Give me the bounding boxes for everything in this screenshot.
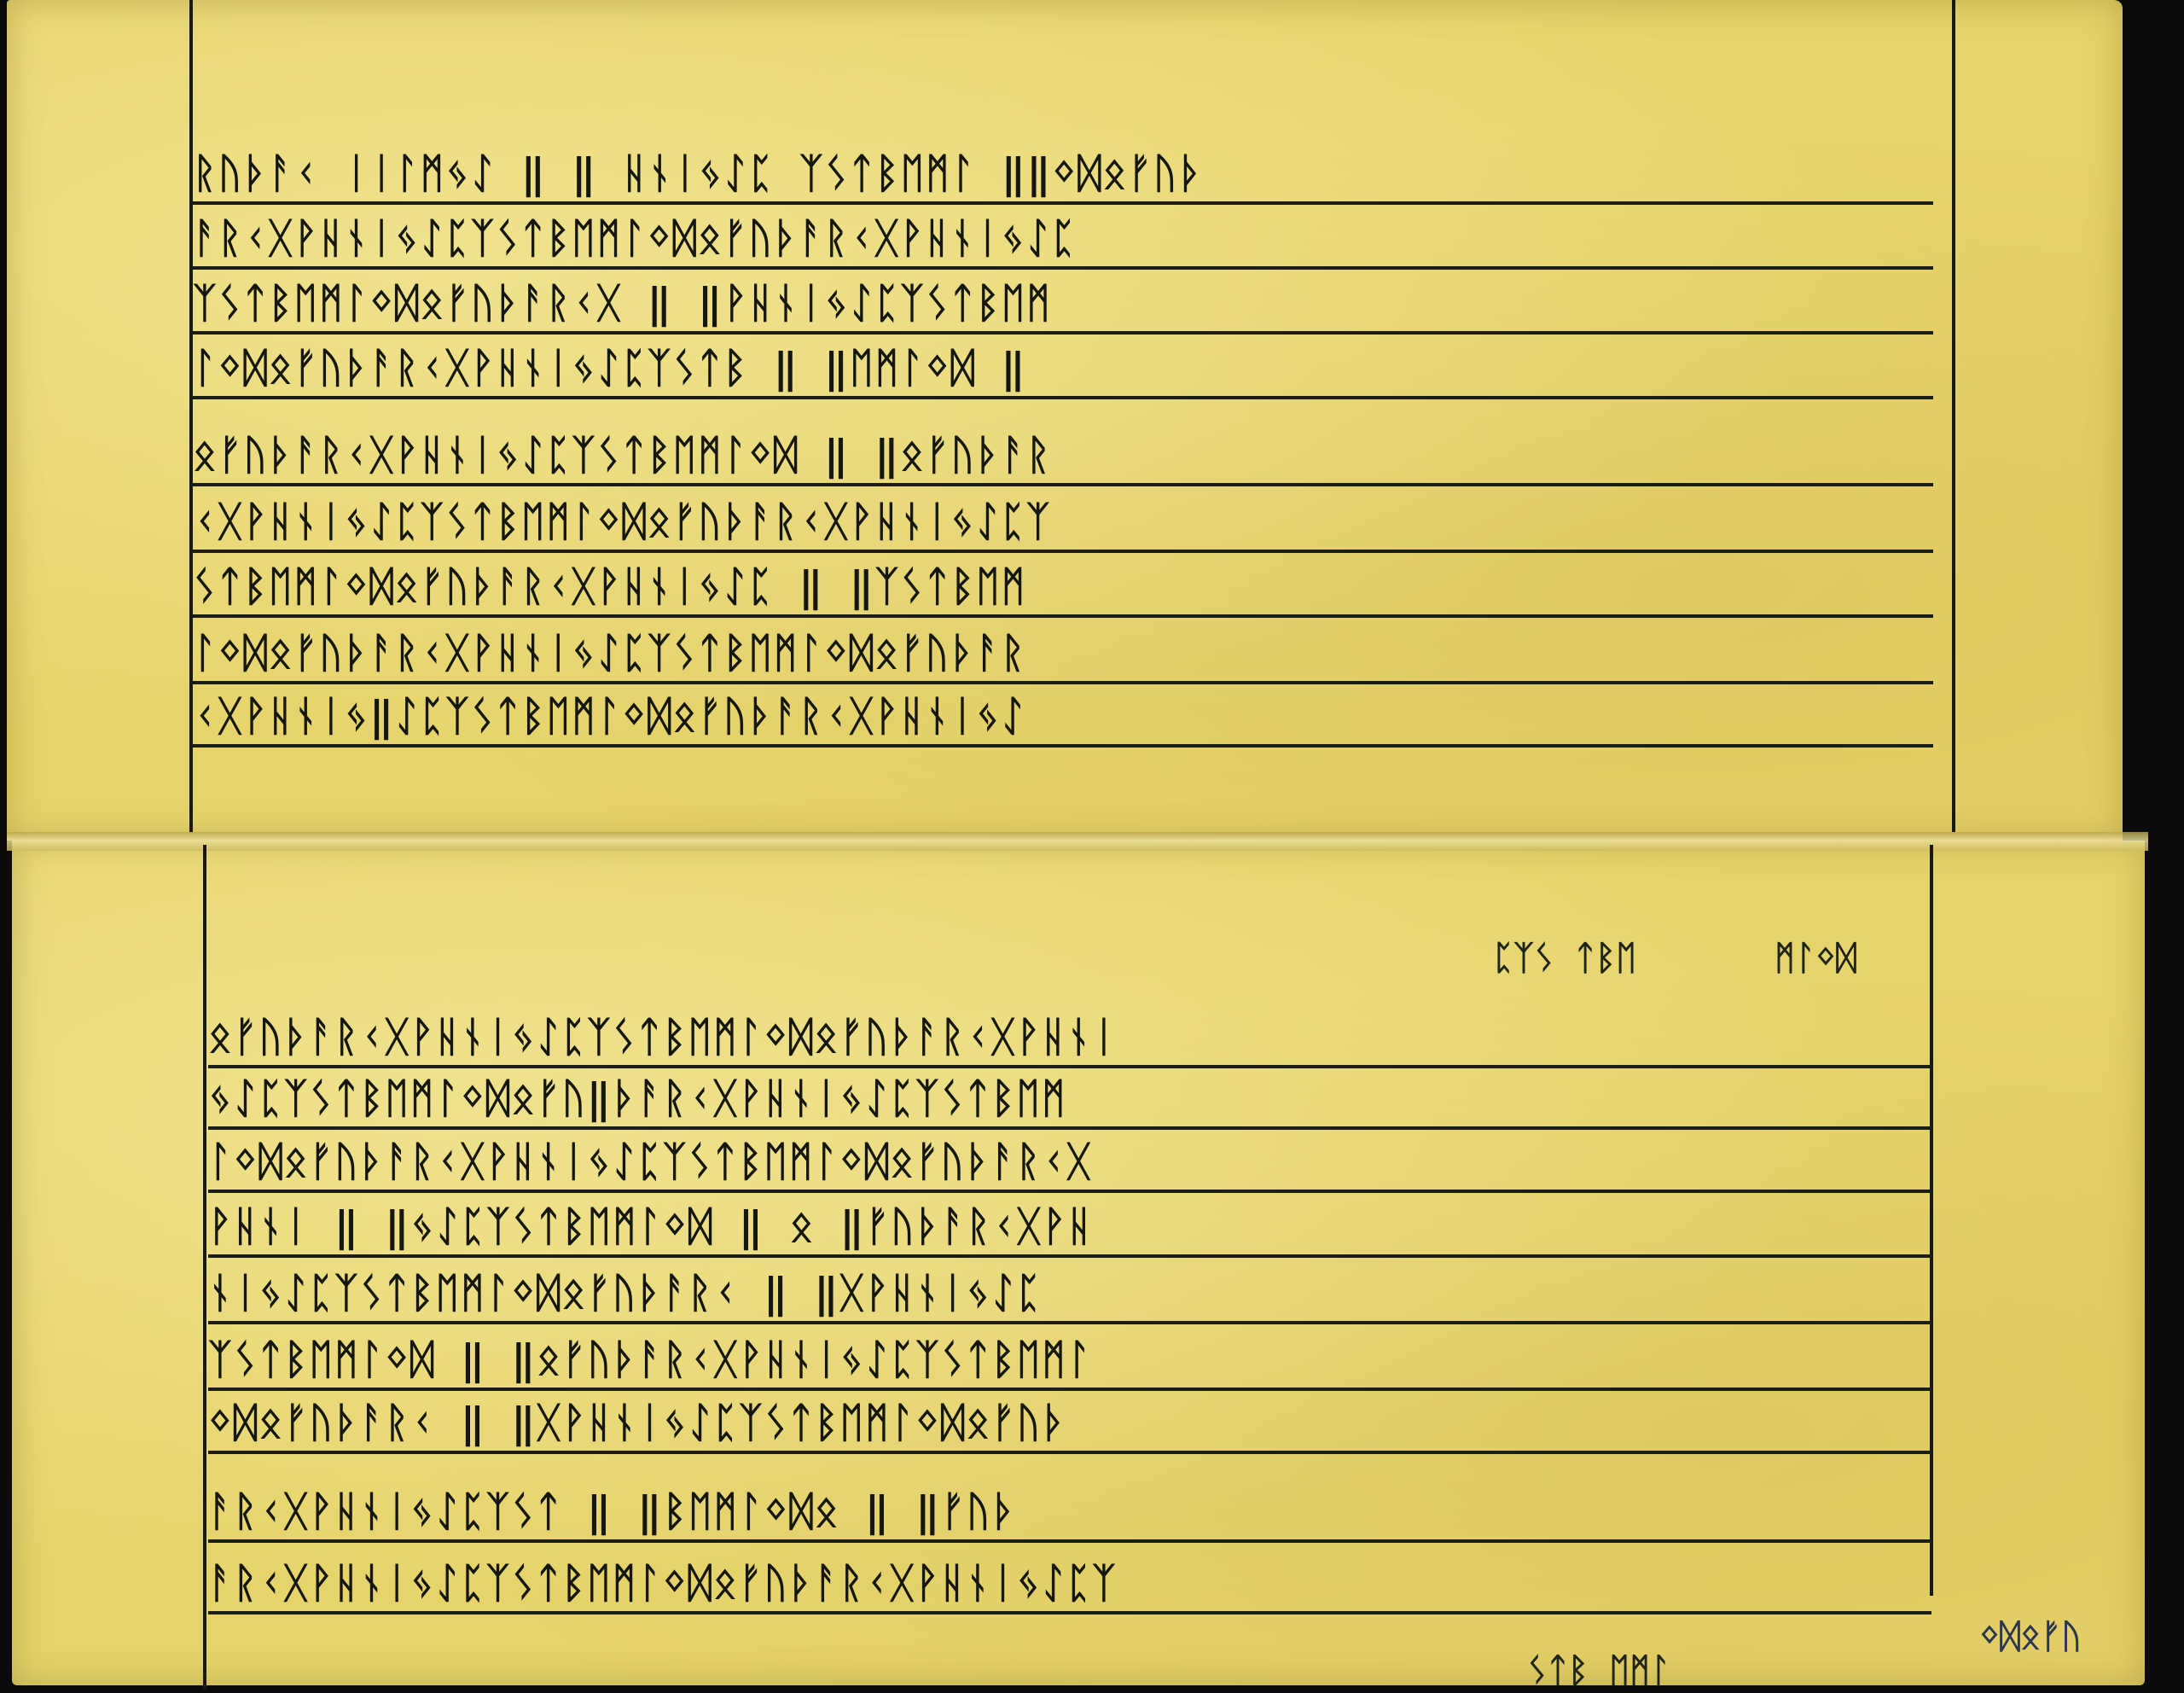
- header-note-left: ᛈᛉᛊ ᛏᛒᛖ: [1493, 939, 1636, 978]
- manuscript-line: ᚨᚱᚲᚷᚹᚺᚾᛁᛃᛇᛈᛉᛊᛏᛒᛖᛗᛚᛜᛞᛟᚠᚢᚦᚨᚱᚲᚷᚹᚺᚾᛁᛃᛇᛈ: [193, 214, 1933, 268]
- manuscript-line: ᛟᚠᚢᚦᚨᚱᚲᚷᚹᚺᚾᛁᛃᛇᛈᛉᛊᛏᛒᛖᛗᛚᛜᛞᛟᚠᚢᚦᚨᚱᚲᚷᚹᚺᚾᛁ: [208, 1013, 1931, 1067]
- manuscript-line: ᛟᚠᚢᚦᚨᚱᚲᚷᚹᚺᚾᛁᛃᛇᛈᛉᛊᛏᛒᛖᛗᛚᛜᛞ ‖ ‖ᛟᚠᚢᚦᚨᚱ: [193, 431, 1933, 485]
- manuscript-line: ᚲᚷᚹᚺᚾᛁᛃᛇᛈᛉᛊᛏᛒᛖᛗᛚᛜᛞᛟᚠᚢᚦᚨᚱᚲᚷᚹᚺᚾᛁᛃᛇᛈᛉ: [193, 497, 1933, 551]
- manuscript-line: ᚨᚱᚲᚷᚹᚺᚾᛁᛃᛇᛈᛉᛊᛏᛒᛖᛗᛚᛜᛞᛟᚠᚢᚦᚨᚱᚲᚷᚹᚺᚾᛁᛃᛇᛈᛉ: [208, 1559, 1931, 1613]
- manuscript-line: ᛉᛊᛏᛒᛖᛗᛚᛜᛞ ‖ ‖ᛟᚠᚢᚦᚨᚱᚲᚷᚹᚺᚾᛁᛃᛇᛈᛉᛊᛏᛒᛖᛗᛚ: [208, 1335, 1931, 1389]
- manuscript-line: ᚲᚷᚹᚺᚾᛁᛃ‖ᛇᛈᛉᛊᛏᛒᛖᛗᛚᛜᛞᛟᚠᚢᚦᚨᚱᚲᚷᚹᚺᚾᛁᛃᛇ: [193, 692, 1933, 746]
- manuscript-line: ᛚᛜᛞᛟᚠᚢᚦᚨᚱᚲᚷᚹᚺᚾᛁᛃᛇᛈᛉᛊᛏᛒᛖᛗᛚᛜᛞᛟᚠᚢᚦᚨᚱ: [193, 629, 1933, 683]
- manuscript-line: ᚱᚢᚦᚨᚲ ᛁᛁᛚᛗᛃᛇ ‖ ‖ ᚺᚾᛁᛃᛇᛈ ᛉᛊᛏᛒᛖᛗᛚ ‖‖ᛜᛞᛟᚠᚢᚦ: [193, 149, 1933, 203]
- left-margin-rule-bottom: [203, 845, 206, 1690]
- right-margin-rule-top: [1952, 0, 1955, 832]
- page-fold: [7, 832, 2148, 851]
- manuscript-line: ᚹᚺᚾᛁ ‖ ‖ᛃᛇᛈᛉᛊᛏᛒᛖᛗᛚᛜᛞ ‖ ᛟ ‖ᚠᚢᚦᚨᚱᚲᚷᚹᚺ: [208, 1202, 1931, 1256]
- manuscript-line: ᚨᚱᚲᚷᚹᚺᚾᛁᛃᛇᛈᛉᛊᛏ ‖ ‖ᛒᛖᛗᛚᛜᛞᛟ ‖ ‖ᚠᚢᚦ: [208, 1487, 1931, 1541]
- manuscript-line: ᛉᛊᛏᛒᛖᛗᛚᛜᛞᛟᚠᚢᚦᚨᚱᚲᚷ ‖ ‖ᚹᚺᚾᛁᛃᛇᛈᛉᛊᛏᛒᛖᛗ: [193, 279, 1933, 333]
- manuscript-line: ᛚᛜᛞᛟᚠᚢᚦᚨᚱᚲᚷᚹᚺᚾᛁᛃᛇᛈᛉᛊᛏᛒᛖᛗᛚᛜᛞᛟᚠᚢᚦᚨᚱᚲᚷ: [208, 1137, 1931, 1191]
- footer-note-center: ᛊᛏᛒ ᛖᛗᛚ: [1527, 1651, 1670, 1690]
- manuscript-line: ᛚᛜᛞᛟᚠᚢᚦᚨᚱᚲᚷᚹᚺᚾᛁᛃᛇᛈᛉᛊᛏᛒ ‖ ‖ᛖᛗᛚᛜᛞ ‖: [193, 344, 1933, 398]
- manuscript-line: ᛜᛞᛟᚠᚢᚦᚨᚱᚲ ‖ ‖ᚷᚹᚺᚾᛁᛃᛇᛈᛉᛊᛏᛒᛖᛗᛚᛜᛞᛟᚠᚢᚦ: [208, 1399, 1931, 1452]
- manuscript-line: ᛃᛇᛈᛉᛊᛏᛒᛖᛗᛚᛜᛞᛟᚠᚢ‖ᚦᚨᚱᚲᚷᚹᚺᚾᛁᛃᛇᛈᛉᛊᛏᛒᛖᛗ: [208, 1074, 1931, 1128]
- footer-note-right: ᛜᛞᛟᚠᚢ: [1979, 1617, 2082, 1656]
- manuscript-line: ᛊᛏᛒᛖᛗᛚᛜᛞᛟᚠᚢᚦᚨᚱᚲᚷᚹᚺᚾᛁᛃᛇᛈ ‖ ‖ᛉᛊᛏᛒᛖᛗ: [193, 562, 1933, 616]
- header-note-right: ᛗᛚᛜᛞ: [1774, 939, 1856, 978]
- manuscript-line: ᚾᛁᛃᛇᛈᛉᛊᛏᛒᛖᛗᛚᛜᛞᛟᚠᚢᚦᚨᚱᚲ ‖ ‖ᚷᚹᚺᚾᛁᛃᛇᛈ: [208, 1269, 1931, 1323]
